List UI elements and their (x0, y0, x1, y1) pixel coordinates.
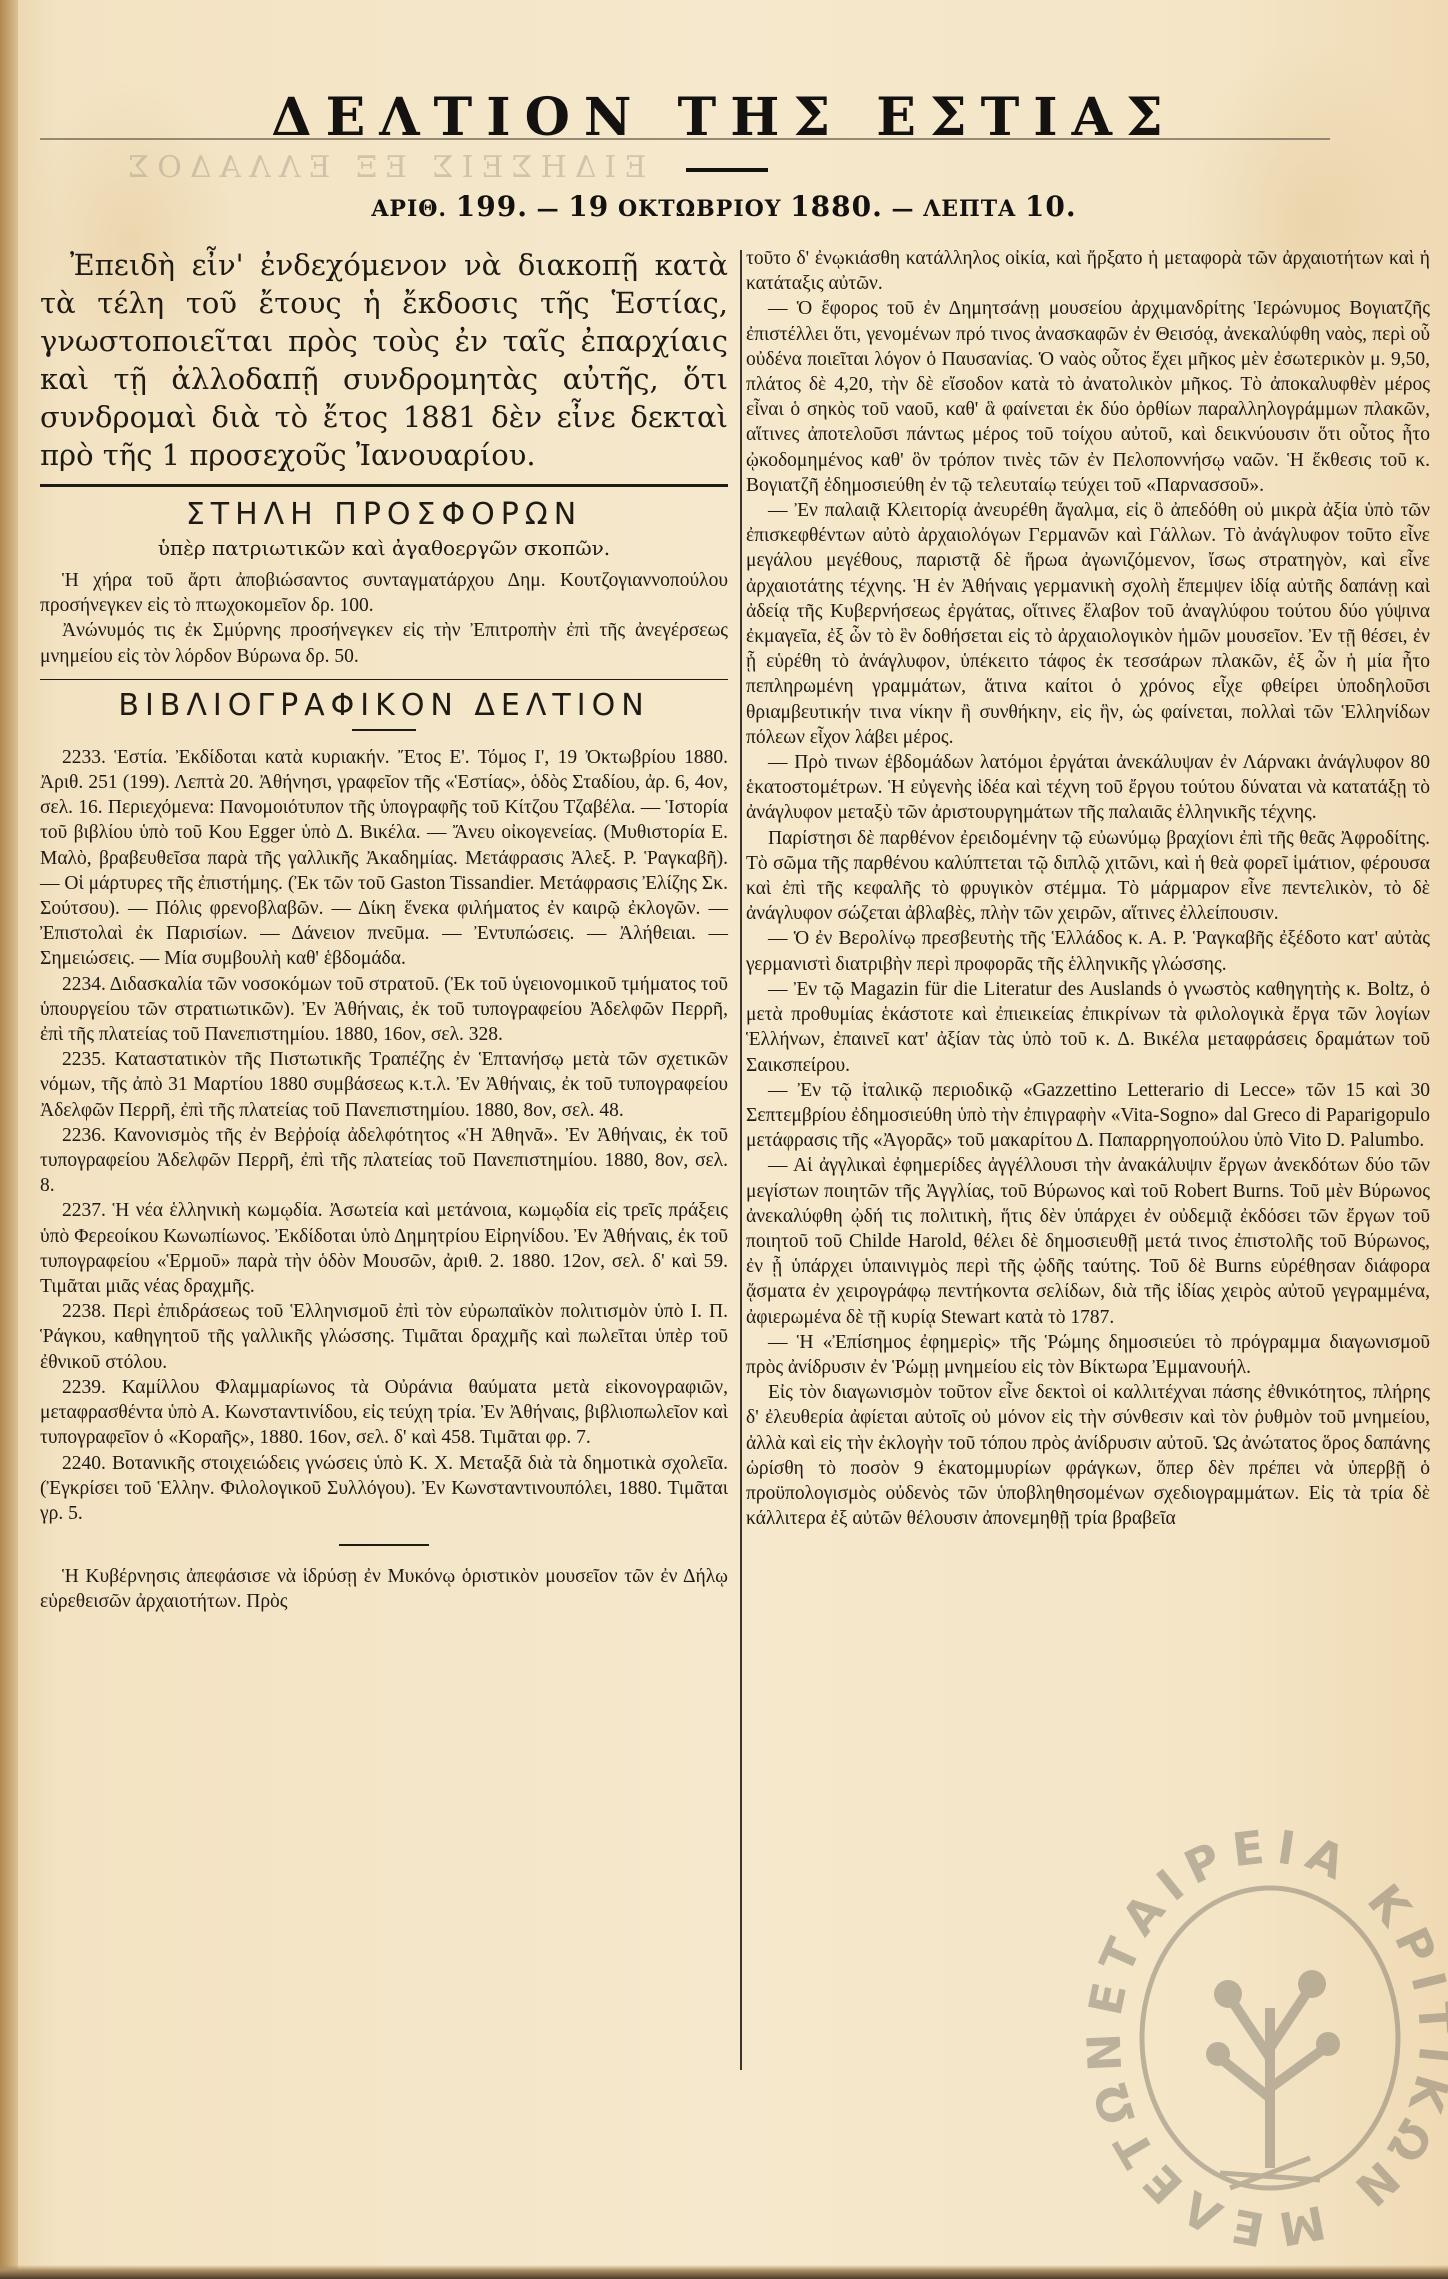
offer-item: Ἡ χήρα τοῦ ἄρτι ἀποβιώσαντος συνταγματάρ… (40, 568, 728, 618)
notice-text: Ἐπειδὴ εἶν' ἐνδεχόμενον νὰ διακοπῇ κατὰ … (40, 246, 728, 474)
bleed-through-text: ΕΙΔΗΣΕΙΣ ΕΞ ΕΛΛΑΔΟΣ (120, 150, 646, 185)
issue-day: 19 (568, 190, 609, 223)
section-rule (40, 484, 728, 487)
offer-item: Ἀνώνυμός τις ἐκ Σμύρνης προσήνεγκεν εἰς … (40, 618, 728, 668)
bibliography-entry: 2239. Καμίλλου Φλαμμαρίωνος τὰ Οὐράνια θ… (40, 1375, 728, 1451)
library-stamp-icon: ΕΤΑΙΡΕΙΑ ΚΡΙΤΙΚΩΝ ΜΕΛΕΤΩΝ (1080, 1808, 1448, 2248)
news-item: — Ὁ ἔφορος τοῦ ἐν Δημητσάνῃ μουσείου ἀρχ… (746, 296, 1430, 498)
news-items: τοῦτο δ' ἐνῳκιάσθη κατάλληλος οἰκία, καὶ… (746, 246, 1430, 1531)
title-underline (352, 729, 416, 731)
bibliography-entry: 2237. Ἡ νέα ἑλληνικὴ κωμῳδία. Ἀσωτεία κα… (40, 1198, 728, 1299)
price-label: ΛΕΠΤΑ (923, 196, 1016, 222)
paragraph: Ἡ Κυβέρνησις ἀπεφάσισε νὰ ἱδρύσῃ ἐν Μυκό… (40, 1564, 728, 1614)
issue-month: ΟΚΤΩΒΡΙΟΥ (618, 196, 782, 222)
em-dash: — (768, 928, 794, 949)
em-dash: — (768, 298, 797, 319)
bibliography-entry: 2235. Καταστατικὸν τῆς Πιστωτικῆς Τραπέζ… (40, 1047, 728, 1123)
offers-section: ΣΤΗΛΗ ΠΡΟΣΦΟΡΩΝ ὑπὲρ πατριωτικῶν καὶ ἀγα… (40, 497, 728, 669)
bibliography-list: 2233. Ἑστία. Ἐκδίδοται κατὰ κυριακήν. Ἔτ… (40, 745, 728, 1526)
svg-text:ΕΤΑΙΡΕΙΑ ΚΡΙΤΙΚΩΝ ΜΕΛΕΤΩΝ: ΕΤΑΙΡΕΙΑ ΚΡΙΤΙΚΩΝ ΜΕΛΕΤΩΝ (1080, 1819, 1448, 2248)
issue-number: 199. (456, 190, 528, 223)
left-column: Ἐπειδὴ εἶν' ἐνδεχόμενον νὰ διακοπῇ κατὰ … (40, 246, 728, 1615)
news-item: — Ὁ ἐν Βερολίνῳ πρεσβευτὴς τῆς Ἑλλάδος κ… (746, 926, 1430, 976)
em-dash: — (768, 1155, 793, 1176)
em-dash: — (768, 1332, 797, 1353)
separator: — (537, 196, 560, 222)
subscription-notice: Ἐπειδὴ εἶν' ἐνδεχόμενον νὰ διακοπῇ κατὰ … (40, 246, 728, 474)
em-dash: — (768, 979, 794, 1000)
masthead-rule (40, 138, 1330, 140)
bibliography-entry: 2233. Ἑστία. Ἐκδίδοται κατὰ κυριακήν. Ἔτ… (40, 745, 728, 972)
page-bottom-edge (0, 2265, 1448, 2279)
paragraph: Εἰς τὸν διαγωνισμὸν τοῦτον εἶνε δεκτοὶ ο… (746, 1380, 1430, 1531)
price-value: 10. (1025, 190, 1077, 223)
offers-list: Ἡ χήρα τοῦ ἄρτι ἀποβιώσαντος συνταγματάρ… (40, 568, 728, 669)
bibliography-entry: 2238. Περὶ ἐπιδράσεως τοῦ Ἑλληνισμοῦ ἐπὶ… (40, 1299, 728, 1375)
issue-year: 1880. (790, 190, 883, 223)
em-dash: — (768, 1080, 798, 1101)
news-item: — Ἐν τῷ Magazin für die Literatur des Au… (746, 977, 1430, 1078)
bibliography-entry: 2236. Κανονισμὸς τῆς ἐν Βεῤῥοίᾳ ἀδελφότη… (40, 1123, 728, 1199)
column-divider (740, 250, 742, 2070)
news-item: — Ἡ «Ἐπίσημος ἐφημερὶς» τῆς Ῥώμης δημοσι… (746, 1330, 1430, 1380)
right-column: τοῦτο δ' ἐνῳκιάσθη κατάλληλος οἰκία, καὶ… (746, 246, 1430, 1531)
offers-subtitle: ὑπὲρ πατριωτικῶν καὶ ἀγαθοεργῶν σκοπῶν. (40, 536, 728, 560)
bibliography-title: ΒΙΒΛΙΟΓΡΑΦΙΚΟΝ ΔΕΛΤΙΟΝ (40, 688, 728, 723)
bibliography-entry: 2234. Διδασκαλία τῶν νοσοκόμων τοῦ στρατ… (40, 972, 728, 1048)
separator: — (892, 196, 915, 222)
bibliography-entry: 2240. Βοτανικῆς στοιχειώδεις γνώσεις ὑπὸ… (40, 1451, 728, 1527)
section-separator (339, 1544, 429, 1546)
section-rule (40, 679, 728, 680)
paragraph: τοῦτο δ' ἐνῳκιάσθη κατάλληλος οἰκία, καὶ… (746, 246, 1430, 296)
em-dash: — (768, 500, 794, 521)
em-dash: — (768, 752, 794, 773)
news-item: — Ἐν παλαιᾷ Κλειτορίᾳ ἀνευρέθη ἄγαλμα, ε… (746, 498, 1430, 750)
museum-paragraph: Ἡ Κυβέρνησις ἀπεφάσισε νὰ ἱδρύσῃ ἐν Μυκό… (40, 1564, 728, 1614)
page-binding-edge (0, 0, 18, 2279)
offers-title: ΣΤΗΛΗ ΠΡΟΣΦΟΡΩΝ (40, 497, 728, 532)
masthead-short-rule (686, 168, 768, 172)
news-item: — Πρὸ τινων ἑβδομάδων λατόμοι ἐργάται ἀν… (746, 750, 1430, 826)
news-item: — Ἐν τῷ ἰταλικῷ περιοδικῷ «Gazzettino Le… (746, 1078, 1430, 1154)
issue-prefix: ΑΡΙΘ. (371, 196, 447, 222)
bibliography-section: ΒΙΒΛΙΟΓΡΑΦΙΚΟΝ ΔΕΛΤΙΟΝ 2233. Ἑστία. Ἐκδί… (40, 688, 728, 1615)
issue-line: ΑΡΙΘ. 199. — 19 ΟΚΤΩΒΡΙΟΥ 1880. — ΛΕΠΤΑ … (0, 190, 1448, 223)
paragraph: Παρίστησι δὲ παρθένον ἐρειδομένην τῷ εὐω… (746, 826, 1430, 927)
news-item: — Αἱ ἀγγλικαὶ ἐφημερίδες ἀγγέλλουσι τὴν … (746, 1153, 1430, 1329)
